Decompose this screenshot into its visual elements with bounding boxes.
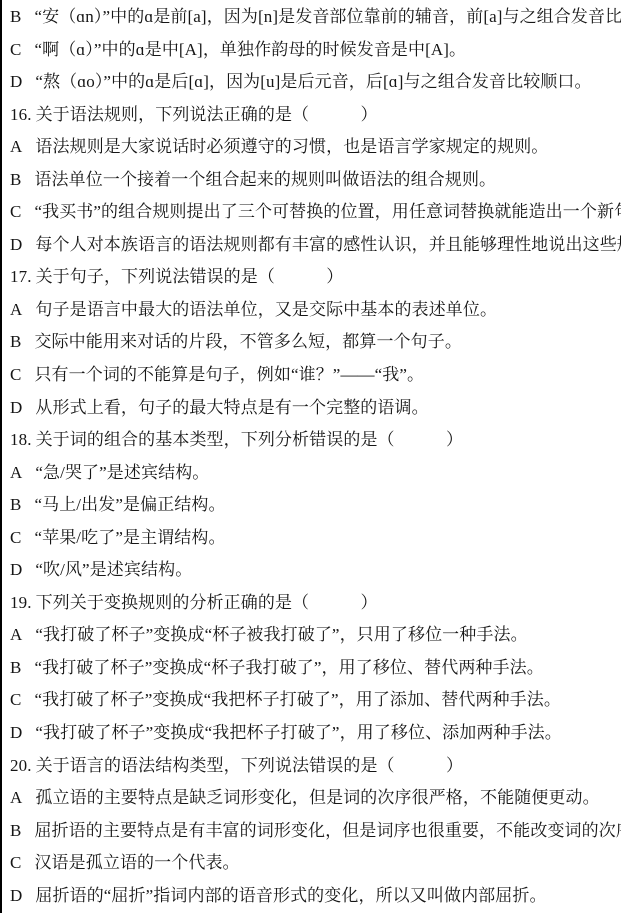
option-line: C只有一个词的不能算是句子，例如“谁？”——“我”。 <box>10 359 621 392</box>
line-text: 下列关于变换规则的分析正确的是（ ） <box>36 593 378 612</box>
option-letter: C <box>10 359 21 392</box>
question-number: 16. <box>10 99 32 132</box>
option-letter: D <box>10 229 22 262</box>
line-text: 从形式上看，句子的最大特点是有一个完整的语调。 <box>35 398 428 417</box>
option-letter: C <box>10 522 21 555</box>
option-line: D“吹/风”是述宾结构。 <box>10 554 621 587</box>
line-text: “苹果/吃了”是主谓结构。 <box>34 528 225 547</box>
question-line: 17.关于句子，下列说法错误的是（ ） <box>10 261 621 294</box>
line-text: “我买书”的组合规则提出了三个可替换的位置，用任意词替换就能造出一个新句子。 <box>34 202 621 221</box>
option-letter: B <box>10 489 21 522</box>
question-number: 18. <box>10 424 32 457</box>
line-text: “马上/出发”是偏正结构。 <box>34 495 225 514</box>
option-line: C“苹果/吃了”是主谓结构。 <box>10 522 621 555</box>
line-text: 句子是语言中最大的语法单位，又是交际中基本的表述单位。 <box>35 300 497 319</box>
option-line: A语法规则是大家说话时必须遵守的习惯，也是语言学家规定的规则。 <box>10 131 621 164</box>
line-text: “安（ɑn）”中的ɑ是前[a]，因为[n]是发音部位靠前的辅音，前[a]与之组合… <box>34 7 621 26</box>
option-line: D“熬（ɑo）”中的ɑ是后[ɑ]，因为[u]是后元音，后[ɑ]与之组合发音比较顺… <box>10 66 621 99</box>
line-text: “我打破了杯子”变换成“我把杯子打破了”，用了移位、添加两种手法。 <box>35 723 561 742</box>
option-letter: A <box>10 782 22 815</box>
option-line: D“我打破了杯子”变换成“我把杯子打破了”，用了移位、添加两种手法。 <box>10 717 621 750</box>
question-number: 20. <box>10 750 32 783</box>
line-text: 关于词的组合的基本类型，下列分析错误的是（ ） <box>36 430 464 449</box>
line-text: 屈折语的“屈折”指词内部的语音形式的变化，所以又叫做内部屈折。 <box>35 886 546 905</box>
line-text: 交际中能用来对话的片段，不管多么短，都算一个句子。 <box>34 332 462 351</box>
line-text: “吹/风”是述宾结构。 <box>35 560 192 579</box>
option-line: B“马上/出发”是偏正结构。 <box>10 489 621 522</box>
line-text: 每个人对本族语言的语法规则都有丰富的感性认识，并且能够理性地说出这些规则。 <box>35 235 621 254</box>
option-line: B交际中能用来对话的片段，不管多么短，都算一个句子。 <box>10 326 621 359</box>
option-line: B屈折语的主要特点是有丰富的词形变化，但是词序也很重要，不能改变词的次序。 <box>10 815 621 848</box>
line-text: 汉语是孤立语的一个代表。 <box>34 853 239 872</box>
document-page: B“安（ɑn）”中的ɑ是前[a]，因为[n]是发音部位靠前的辅音，前[a]与之组… <box>0 0 623 913</box>
option-line: D每个人对本族语言的语法规则都有丰富的感性认识，并且能够理性地说出这些规则。 <box>10 229 621 262</box>
line-text: 关于句子，下列说法错误的是（ ） <box>36 267 344 286</box>
option-letter: B <box>10 326 21 359</box>
question-number: 17. <box>10 261 32 294</box>
line-text: “熬（ɑo）”中的ɑ是后[ɑ]，因为[u]是后元音，后[ɑ]与之组合发音比较顺口… <box>35 72 591 91</box>
option-letter: D <box>10 554 22 587</box>
question-number: 19. <box>10 587 32 620</box>
option-letter: D <box>10 392 22 425</box>
option-line: C汉语是孤立语的一个代表。 <box>10 847 621 880</box>
option-letter: D <box>10 717 22 750</box>
option-letter: C <box>10 847 21 880</box>
option-letter: B <box>10 1 21 34</box>
option-line: A“我打破了杯子”变换成“杯子被我打破了”，只用了移位一种手法。 <box>10 619 621 652</box>
option-line: C“我打破了杯子”变换成“我把杯子打破了”，用了添加、替代两种手法。 <box>10 684 621 717</box>
question-line: 18.关于词的组合的基本类型，下列分析错误的是（ ） <box>10 424 621 457</box>
line-text: 孤立语的主要特点是缺乏词形变化，但是词的次序很严格，不能随便更动。 <box>35 788 599 807</box>
option-line: C“啊（ɑ）”中的ɑ是中[A]，单独作韵母的时候发音是中[A]。 <box>10 34 621 67</box>
line-text: 关于语法规则，下列说法正确的是（ ） <box>36 105 378 124</box>
option-line: B“安（ɑn）”中的ɑ是前[a]，因为[n]是发音部位靠前的辅音，前[a]与之组… <box>10 1 621 34</box>
line-text: “我打破了杯子”变换成“杯子我打破了”，用了移位、替代两种手法。 <box>34 658 543 677</box>
line-text: 语法规则是大家说话时必须遵守的习惯，也是语言学家规定的规则。 <box>35 137 548 156</box>
option-line: C“我买书”的组合规则提出了三个可替换的位置，用任意词替换就能造出一个新句子。 <box>10 196 621 229</box>
option-line: B“我打破了杯子”变换成“杯子我打破了”，用了移位、替代两种手法。 <box>10 652 621 685</box>
option-line: A句子是语言中最大的语法单位，又是交际中基本的表述单位。 <box>10 294 621 327</box>
line-text: 只有一个词的不能算是句子，例如“谁？”——“我”。 <box>34 365 424 384</box>
line-text: “急/哭了”是述宾结构。 <box>35 463 209 482</box>
option-letter: A <box>10 131 22 164</box>
line-text: “啊（ɑ）”中的ɑ是中[A]，单独作韵母的时候发音是中[A]。 <box>34 40 466 59</box>
option-letter: A <box>10 294 22 327</box>
option-letter: B <box>10 815 21 848</box>
option-line: D屈折语的“屈折”指词内部的语音形式的变化，所以又叫做内部屈折。 <box>10 880 621 913</box>
option-letter: D <box>10 880 22 913</box>
line-text: “我打破了杯子”变换成“我把杯子打破了”，用了添加、替代两种手法。 <box>34 690 560 709</box>
line-text: 关于语言的语法结构类型，下列说法错误的是（ ） <box>36 756 464 775</box>
option-letter: B <box>10 164 21 197</box>
option-letter: A <box>10 619 22 652</box>
option-letter: C <box>10 34 21 67</box>
option-letter: B <box>10 652 21 685</box>
question-line: 16.关于语法规则，下列说法正确的是（ ） <box>10 99 621 132</box>
option-line: B语法单位一个接着一个组合起来的规则叫做语法的组合规则。 <box>10 164 621 197</box>
question-line: 19.下列关于变换规则的分析正确的是（ ） <box>10 587 621 620</box>
option-letter: A <box>10 457 22 490</box>
question-line: 20.关于语言的语法结构类型，下列说法错误的是（ ） <box>10 750 621 783</box>
line-text: “我打破了杯子”变换成“杯子被我打破了”，只用了移位一种手法。 <box>35 625 527 644</box>
line-text: 屈折语的主要特点是有丰富的词形变化，但是词序也很重要，不能改变词的次序。 <box>34 821 621 840</box>
option-letter: D <box>10 66 22 99</box>
line-text: 语法单位一个接着一个组合起来的规则叫做语法的组合规则。 <box>34 170 496 189</box>
document-body: B“安（ɑn）”中的ɑ是前[a]，因为[n]是发音部位靠前的辅音，前[a]与之组… <box>10 0 621 912</box>
option-line: A孤立语的主要特点是缺乏词形变化，但是词的次序很严格，不能随便更动。 <box>10 782 621 815</box>
page-left-rule <box>0 0 2 913</box>
option-line: D从形式上看，句子的最大特点是有一个完整的语调。 <box>10 392 621 425</box>
option-line: A“急/哭了”是述宾结构。 <box>10 457 621 490</box>
option-letter: C <box>10 196 21 229</box>
option-letter: C <box>10 684 21 717</box>
